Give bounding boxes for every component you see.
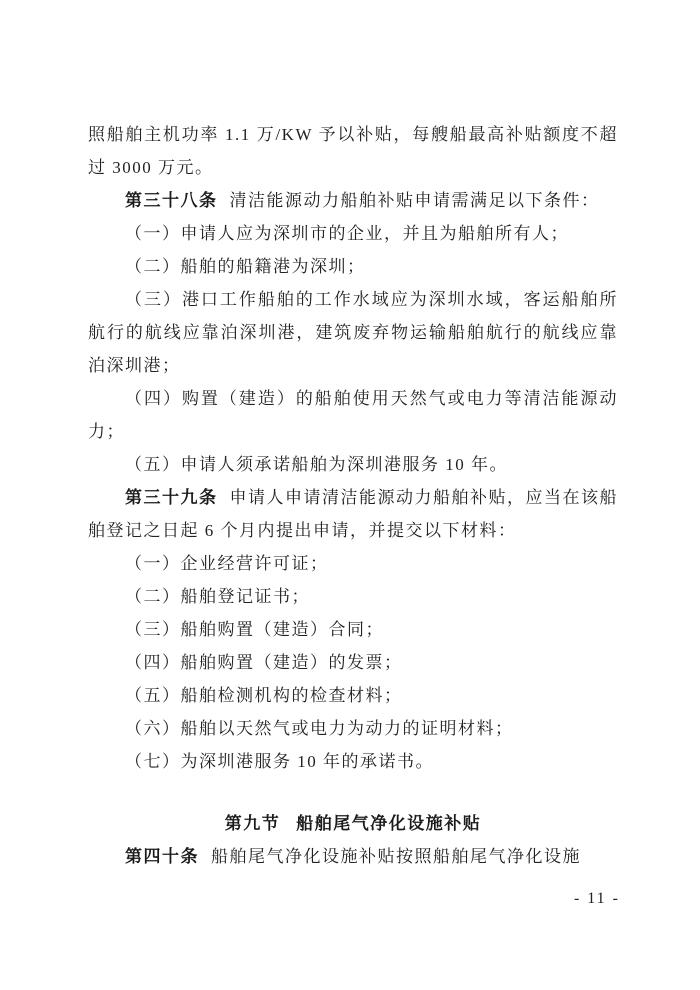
list-item-paragraph: （二）船舶的船籍港为深圳；: [88, 250, 618, 283]
article-text: 船舶尾气净化设施补贴按照船舶尾气净化设施: [211, 847, 581, 866]
article-paragraph-40: 第四十条船舶尾气净化设施补贴按照船舶尾气净化设施: [88, 840, 618, 873]
section-heading: 第九节船舶尾气净化设施补贴: [88, 807, 618, 840]
paragraph-continuation: 照船舶主机功率 1.1 万/KW 予以补贴，每艘船最高补贴额度不超过 3000 …: [88, 118, 618, 184]
article-text: 清洁能源动力船舶补贴申请需满足以下条件：: [230, 191, 600, 210]
list-item-paragraph: （三）港口工作船舶的工作水域应为深圳水域，客运船舶所航行的航线应靠泊深圳港，建筑…: [88, 283, 618, 382]
article-paragraph-39: 第三十九条申请人申请清洁能源动力船舶补贴，应当在该船舶登记之日起 6 个月内提出…: [88, 481, 618, 547]
article-number-label: 第三十九条: [125, 488, 218, 507]
list-item-paragraph: （五）船舶检测机构的检查材料；: [88, 679, 618, 712]
list-item-paragraph: （四）船舶购置（建造）的发票；: [88, 646, 618, 679]
document-page: 照船舶主机功率 1.1 万/KW 予以补贴，每艘船最高补贴额度不超过 3000 …: [0, 0, 700, 990]
page-number: - 11 -: [574, 890, 620, 908]
section-title: 船舶尾气净化设施补贴: [296, 814, 481, 833]
list-item-paragraph: （三）船舶购置（建造）合同；: [88, 613, 618, 646]
list-item-paragraph: （六）船舶以天然气或电力为动力的证明材料；: [88, 712, 618, 745]
list-item-paragraph: （四）购置（建造）的船舶使用天然气或电力等清洁能源动力；: [88, 382, 618, 448]
list-item-paragraph: （一）企业经营许可证；: [88, 547, 618, 580]
list-item-paragraph: （七）为深圳港服务 10 年的承诺书。: [88, 745, 618, 778]
article-number-label: 第三十八条: [125, 191, 218, 210]
list-item-paragraph: （一）申请人应为深圳市的企业，并且为船舶所有人；: [88, 217, 618, 250]
document-body: 照船舶主机功率 1.1 万/KW 予以补贴，每艘船最高补贴额度不超过 3000 …: [88, 118, 618, 873]
article-number-label: 第四十条: [125, 847, 199, 866]
list-item-paragraph: （二）船舶登记证书；: [88, 580, 618, 613]
article-paragraph-38: 第三十八条清洁能源动力船舶补贴申请需满足以下条件：: [88, 184, 618, 217]
list-item-paragraph: （五）申请人须承诺船舶为深圳港服务 10 年。: [88, 448, 618, 481]
section-number-label: 第九节: [225, 814, 281, 833]
